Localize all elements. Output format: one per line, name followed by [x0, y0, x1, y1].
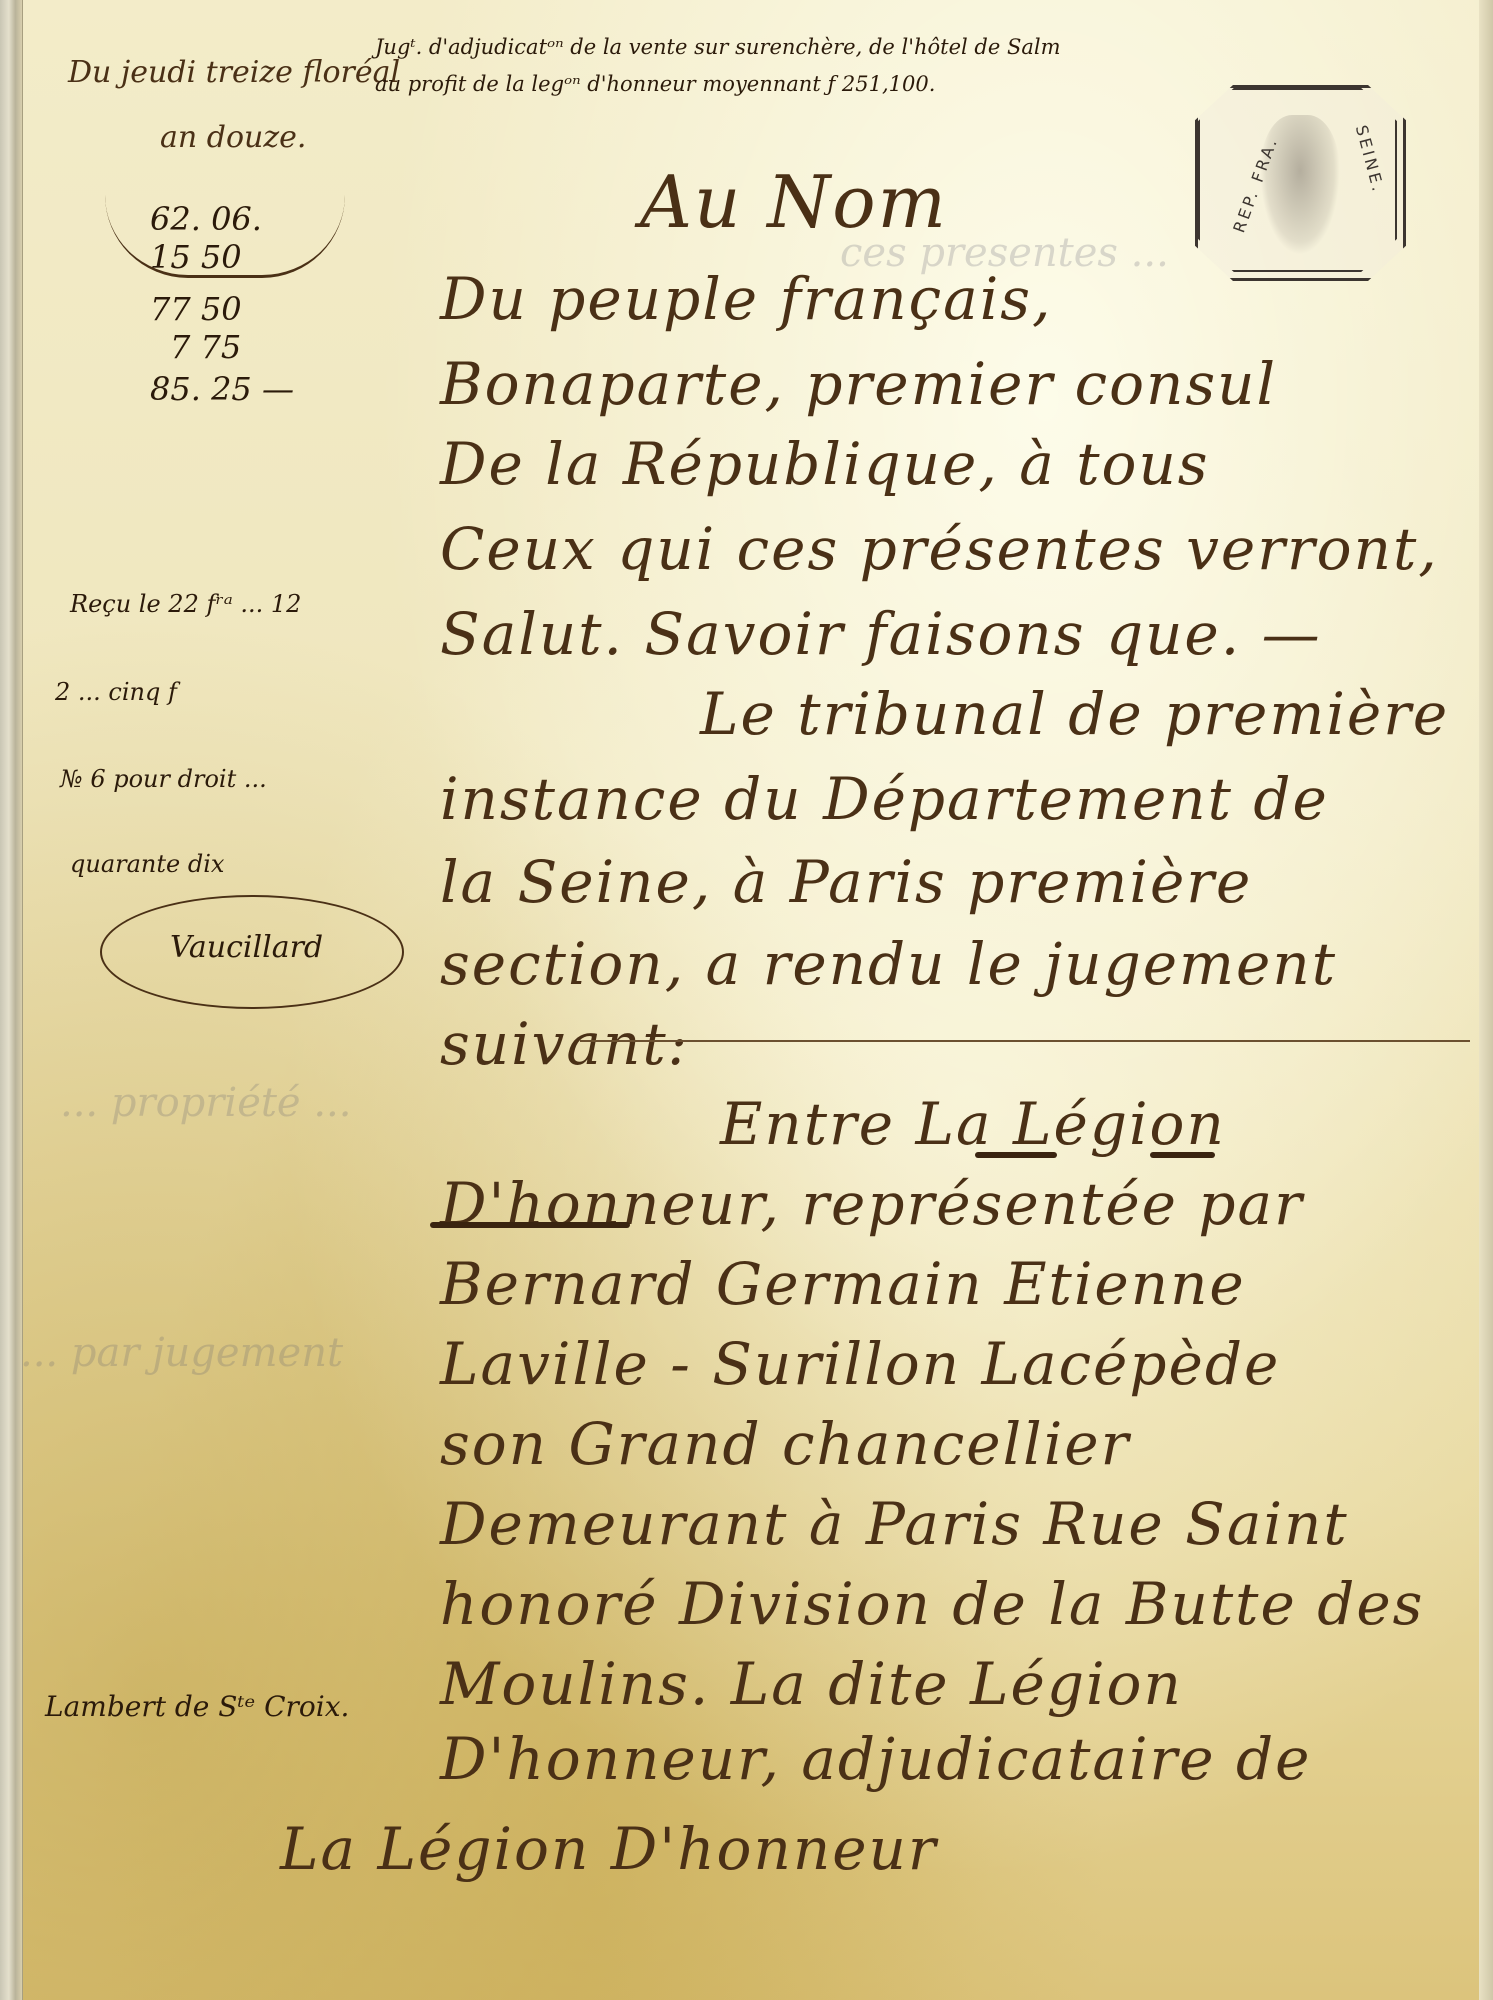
body-line: De la République, à tous [440, 430, 1210, 498]
body-line: Du peuple français, [440, 265, 1052, 333]
body-line: section, a rendu le jugement [440, 930, 1337, 998]
body-line: honoré Division de la Butte des [440, 1570, 1424, 1638]
margin-signature: Vaucillard [170, 930, 323, 965]
body-line: Le tribunal de première [700, 680, 1449, 748]
body-line: Moulins. La dite Légion [440, 1650, 1183, 1718]
bleed-through-text: ... par jugement [20, 1330, 343, 1376]
margin-note: 2 ... cinq f [55, 678, 177, 706]
margin-note: № 6 pour droit ... [60, 765, 267, 793]
header-note-line2: au profit de la legᵒⁿ d'honneur moyennan… [375, 72, 935, 96]
date-note-line2: an douze. [160, 120, 306, 155]
body-line: suivant: [440, 1010, 689, 1078]
line-filler-rule [580, 1040, 1470, 1042]
underline-mark [975, 1152, 1057, 1158]
header-note-line1: Jugᵗ. d'adjudicatᵒⁿ de la vente sur sure… [375, 35, 1060, 59]
body-line-closing: La Légion D'honneur [280, 1815, 938, 1883]
body-line: Bonaparte, premier consul [440, 350, 1277, 418]
body-line-title: Au Nom [640, 160, 948, 244]
body-line: Laville - Surillon Lacépède [440, 1330, 1280, 1398]
body-line: Bernard Germain Etienne [440, 1250, 1246, 1318]
body-line: Demeurant à Paris Rue Saint [440, 1490, 1349, 1558]
body-line: Salut. Savoir faisons que. — [440, 600, 1322, 668]
margin-figure: 62. 06. [150, 200, 262, 238]
margin-name-bottom: Lambert de Sᵗᵉ Croix. [45, 1690, 349, 1723]
body-line: son Grand chancellier [440, 1410, 1130, 1478]
page-binding-edge [0, 0, 23, 2000]
margin-figure: 85. 25 — [150, 370, 294, 408]
body-line: la Seine, à Paris première [440, 848, 1252, 916]
body-line: Ceux qui ces présentes verront, [440, 515, 1439, 583]
margin-figure: 15 50 [150, 238, 242, 276]
body-line: Entre La Légion [720, 1090, 1226, 1158]
margin-note: quarante dix [70, 850, 224, 878]
body-line: instance du Département de [440, 765, 1329, 833]
body-line: D'honneur, adjudicataire de [440, 1725, 1312, 1793]
page-right-edge [1479, 0, 1493, 2000]
margin-note: Reçu le 22 fʳᵃ ... 12 [70, 590, 301, 618]
bleed-through-text: ... propriété ... [60, 1080, 351, 1126]
date-note-line1: Du jeudi treize floréal [68, 55, 400, 90]
underline-mark [430, 1222, 630, 1228]
margin-figure: 77 50 [150, 290, 242, 328]
margin-figure: 7 75 [170, 328, 241, 366]
underline-mark [1150, 1152, 1215, 1158]
